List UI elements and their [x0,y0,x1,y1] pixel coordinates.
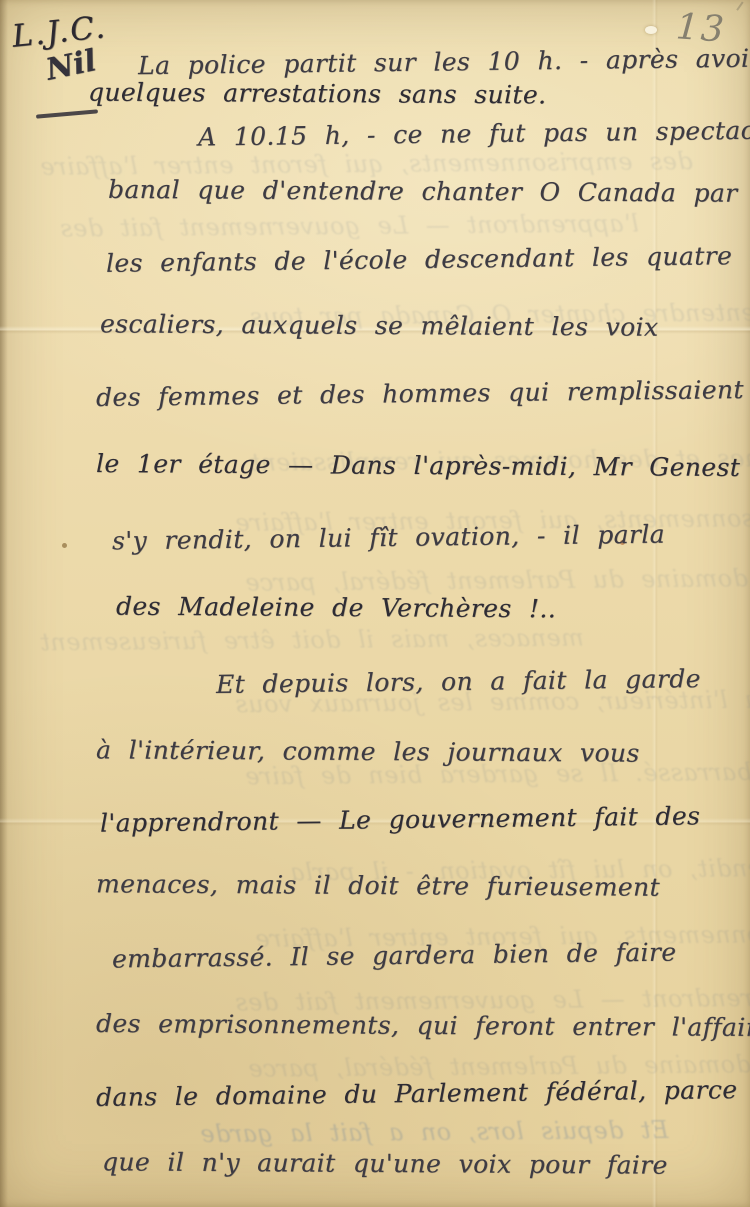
handwritten-line: des emprisonnements, qui feront entrer l… [96,1010,750,1043]
handwritten-line: s'y rendit, on lui fît ovation, - il par… [112,521,665,557]
bleed-through-text: menaces, mais il doit être furieusement [40,624,584,657]
handwritten-line: à l'intérieur, comme les journaux vous [96,736,640,768]
handwritten-line: que il n'y aurait qu'une voix pour faire [102,1148,668,1180]
paper-edge-shadow [0,0,8,1207]
handwritten-line: le 1er étage — Dans l'après-midi, Mr Gen… [96,450,740,483]
handwritten-line: quelques arrestations sans suite. [88,79,547,111]
handwritten-line: embarrassé. Il se gardera bien de faire [112,939,677,975]
handwritten-line: menaces, mais il doit être furieusement [96,870,660,902]
handwritten-line: des Madeleine de Verchères !.. [116,593,556,624]
handwritten-line: Et depuis lors, on a fait la garde [216,665,701,700]
margin-dash-stroke [36,109,98,118]
paper-speck [62,543,67,548]
bleed-through-text: l'apprendront — Le gouvernement fait des [60,209,639,242]
handwritten-line: escaliers, auxquels se mêlaient les voix [100,310,659,342]
handwritten-line: l'apprendront — Le gouvernement fait des [100,802,701,838]
handwritten-line: dans le domaine du Parlement fédéral, pa… [96,1076,738,1113]
handwritten-line: banal que d'entendre chanter O Canada pa… [108,176,750,209]
handwritten-line: La police partit sur les 10 h. - après a… [138,44,750,81]
bleed-through-text: dans le domaine du Parlement fédéral, pa… [245,563,750,596]
letter-page: des emprisonnements, qui feront entrer l… [0,0,750,1207]
corner-pencil-mark [736,1,750,16]
paper-chip [645,26,657,34]
handwritten-line: des femmes et des hommes qui remplissaie… [96,376,744,413]
header-initials: L.J.C. [10,9,108,55]
handwritten-line: les enfants de l'école descendant les qu… [106,242,733,278]
bleed-through-text: Et depuis lors, on a fait la garde [200,1116,669,1148]
